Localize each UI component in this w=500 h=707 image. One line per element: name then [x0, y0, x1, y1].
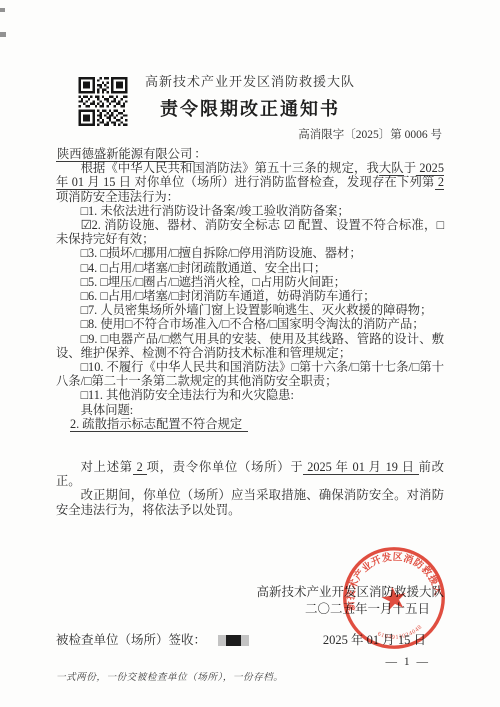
- document-body: 陕西德盛新能源有限公司： 根据《中华人民共和国消防法》第五十三条的规定，我大队于…: [0, 142, 500, 686]
- recipient-colon: ：: [194, 147, 206, 161]
- receipt-date: 2025 年 01 月 15 日: [323, 633, 426, 647]
- intro-paragraph: 根据《中华人民共和国消防法》第五十三条的规定，我大队于 2025 年 01 月 …: [56, 161, 444, 204]
- violation-item-10: □10. 不履行《中华人民共和国消防法》□第十六条/□第十七条/□第十八条/□第…: [56, 360, 444, 388]
- copies-note: 一式两份，一份交被检查单位（场所），一份存档。: [56, 671, 444, 685]
- signature-organization: 高新技术产业开发区消防救援大队: [56, 585, 444, 599]
- signature-date-chinese: 二〇二五年一月十五日: [56, 602, 444, 616]
- intro-underlined-count: 2: [435, 175, 444, 190]
- order-text: 对上述第: [81, 460, 133, 474]
- violation-item-2: ☑2. 消防设施、器材、消防安全标志 ☑ 配置、设置不符合标准，□未保持完好有效…: [56, 218, 444, 246]
- specific-problem-answer: 2. 疏散指示标志配置不符合规定: [70, 417, 248, 432]
- correction-order-paragraph: 对上述第 2 项，责令你单位（场所）于 2025 年 01 月 19 日 前改正…: [56, 460, 444, 488]
- scan-artifact: [0, 8, 5, 12]
- intro-text: 于: [404, 161, 416, 175]
- violation-item-9: □9. □电器产品/□燃气用具的安装、使用及其线路、管路的设计、敷设、维护保养、…: [56, 332, 444, 360]
- document-title: 责令限期改正通知书: [0, 95, 500, 121]
- order-underlined-item: 2: [133, 460, 147, 475]
- order-underlined-deadline: 2025 年 01 月 19 日: [303, 460, 418, 475]
- violation-item-1: □1. 未依法进行消防设计备案/竣工验收消防备案；: [56, 204, 444, 218]
- issuing-authority: 高新技术产业开发区消防救援大队: [0, 0, 500, 90]
- page-number: — 1 —: [386, 656, 431, 668]
- specific-problem-label: 具体问题:: [56, 403, 444, 417]
- receipt-sign-label: 被检查单位（场所）签收：: [56, 633, 206, 647]
- qr-code: [78, 77, 128, 126]
- recipient-line: 陕西德盛新能源有限公司：: [56, 147, 444, 161]
- intro-underlined-unit: 大队: [379, 161, 404, 176]
- violation-item-4: □4. □占用/□堵塞/□封闭疏散通道、安全出口；: [56, 261, 444, 275]
- violation-item-3: □3. □损坏/□挪用/□擅自拆除/□停用消防设施、器材；: [56, 246, 444, 260]
- violation-item-6: □6. □占用/□堵塞/□封闭消防车通道，妨碍消防车通行；: [56, 289, 444, 303]
- intro-text: 根据《中华人民共和国消防法》第五十三条的规定，我: [81, 161, 379, 175]
- document-number: 高消限字〔2025〕第 0006 号: [0, 126, 500, 142]
- violation-item-5: □5. □埋压/□圈占/□遮挡消火栓，□占用防火间距；: [56, 275, 444, 289]
- redacted-signature: [218, 635, 249, 646]
- violation-item-11: □11. 其他消防安全违法行为和火灾隐患:: [56, 388, 444, 402]
- violation-item-7: □7. 人员密集场所外墙门窗上设置影响逃生、灭火救援的障碍物；: [56, 303, 444, 317]
- intro-text: 对你单位（场所）进行消防监督检查，发现存在下列第: [135, 175, 435, 189]
- order-text: 项，责令你单位（场所）于: [147, 460, 304, 474]
- scan-artifact: [0, 32, 6, 37]
- document-page: 高新技术产业开发区消防救援大队 责令限期改正通知书 高消限字〔2025〕第 00…: [0, 0, 500, 707]
- receipt-row: 被检查单位（场所）签收： 2025 年 01 月 15 日: [56, 633, 444, 647]
- intro-text: 项消防安全违法行为：: [56, 190, 179, 204]
- correction-period-paragraph: 改正期间，你单位（场所）应当采取措施、确保消防安全。对消防安全违法行为，将依法予…: [56, 488, 444, 516]
- recipient-name: 陕西德盛新能源有限公司: [56, 147, 194, 162]
- violation-item-8: □8. 使用□不符合市场准入/□不合格/□国家明令淘汰的消防产品；: [56, 317, 444, 331]
